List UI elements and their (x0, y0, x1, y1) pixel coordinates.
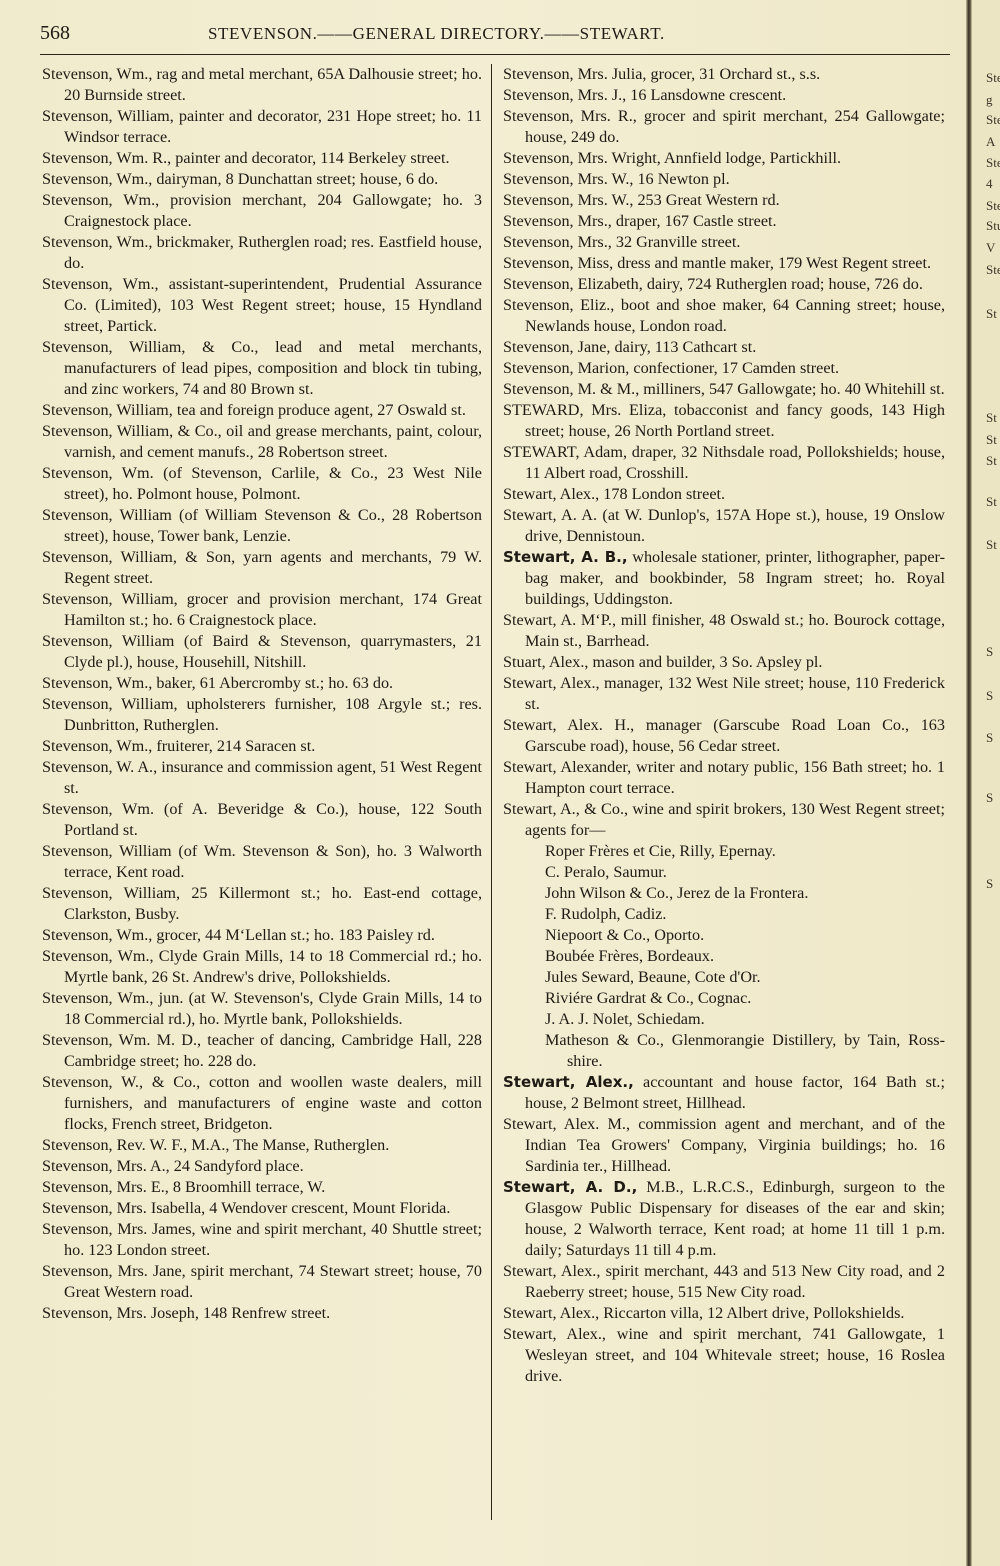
entry-text: Stevenson, William (of Wm. Stevenson & S… (42, 842, 482, 881)
entry-name-bold: Stewart, Alex., (503, 1073, 634, 1091)
directory-entry: Stewart, Alex. H., manager (Garscube Roa… (503, 715, 945, 757)
directory-entry: Stevenson, Mrs., 32 Granville street. (503, 232, 945, 253)
directory-entry: Stevenson, Mrs. Jane, spirit merchant, 7… (42, 1261, 482, 1303)
entry-text: Jules Seward, Beaune, Cote d'Or. (545, 968, 761, 986)
directory-entry: Stevenson, Wm. (of Stevenson, Carlile, &… (42, 463, 482, 505)
entry-text: Stevenson, Rev. W. F., M.A., The Manse, … (42, 1136, 389, 1154)
entry-text: Stewart, Alex., spirit merchant, 443 and… (503, 1262, 945, 1301)
entry-text: STEWART, Adam, draper, 32 Nithsdale road… (503, 443, 945, 482)
entry-text: Stuart, Alex., mason and builder, 3 So. … (503, 653, 822, 671)
adjacent-page-text-fragment: g (986, 92, 993, 108)
agency-list-item: Jules Seward, Beaune, Cote d'Or. (503, 967, 945, 988)
directory-entry: Stevenson, William (of William Stevenson… (42, 505, 482, 547)
entry-name-bold: Stewart, A. D., (503, 1178, 637, 1196)
directory-entry: Stewart, A. B., wholesale stationer, pri… (503, 547, 945, 610)
entry-text: Stevenson, Wm., Clyde Grain Mills, 14 to… (42, 947, 482, 986)
entry-text: Niepoort & Co., Oporto. (545, 926, 704, 944)
directory-page: 568 STEVENSON.——GENERAL DIRECTORY.——STEW… (0, 0, 968, 1566)
entry-text: Stevenson, Mrs. J., 16 Lansdowne crescen… (503, 86, 786, 104)
directory-entry: Stevenson, William, painter and decorato… (42, 106, 482, 148)
directory-entry: Stevenson, Mrs. A., 24 Sandyford place. (42, 1156, 482, 1177)
directory-entry: Stevenson, Mrs., draper, 167 Castle stre… (503, 211, 945, 232)
adjacent-page-edge: StegSteASte4SteStuVSteStStStStStStSSSSS (972, 0, 1000, 1566)
directory-entry: Stewart, A. A. (at W. Dunlop's, 157A Hop… (503, 505, 945, 547)
directory-entry: Stevenson, Mrs. W., 16 Newton pl. (503, 169, 945, 190)
entry-text: Stevenson, Wm. (of A. Beveridge & Co.), … (42, 800, 482, 839)
right-column: Stevenson, Mrs. Julia, grocer, 31 Orchar… (503, 64, 945, 1387)
directory-entry: Stewart, Alex. M., commission agent and … (503, 1114, 945, 1177)
adjacent-page-text-fragment: St (986, 494, 997, 510)
directory-entry: Stevenson, William (of Wm. Stevenson & S… (42, 841, 482, 883)
directory-entry: Stevenson, Wm., baker, 61 Abercromby st.… (42, 673, 482, 694)
running-head: STEVENSON.——GENERAL DIRECTORY.——STEWART. (208, 24, 665, 44)
adjacent-page-text-fragment: Ste (986, 112, 1000, 128)
entry-text: Stewart, Alexander, writer and notary pu… (503, 758, 945, 797)
agency-list-item: J. A. J. Nolet, Schiedam. (503, 1009, 945, 1030)
adjacent-page-text-fragment: V (986, 240, 995, 256)
directory-entry: Stevenson, Eliz., boot and shoe maker, 6… (503, 295, 945, 337)
entry-text: Stevenson, Marion, confectioner, 17 Camd… (503, 359, 839, 377)
entry-text: Stevenson, William, & Co., lead and meta… (42, 338, 482, 398)
entry-text: Stewart, Alex., manager, 132 West Nile s… (503, 674, 945, 713)
directory-entry: Stevenson, Elizabeth, dairy, 724 Rutherg… (503, 274, 945, 295)
entry-text: Stevenson, Elizabeth, dairy, 724 Rutherg… (503, 275, 923, 293)
entry-text: Stevenson, Mrs., 32 Granville street. (503, 233, 740, 251)
adjacent-page-text-fragment: S (986, 644, 993, 660)
entry-text: Matheson & Co., Glenmorangie Distillery,… (545, 1031, 945, 1070)
entry-text: Stevenson, Jane, dairy, 113 Cathcart st. (503, 338, 756, 356)
directory-entry: Stewart, Alex., Riccarton villa, 12 Albe… (503, 1303, 945, 1324)
entry-text: Stevenson, W., & Co., cotton and woollen… (42, 1073, 482, 1133)
adjacent-page-text-fragment: 4 (986, 176, 993, 192)
directory-entry: Stevenson, William, & Son, yarn agents a… (42, 547, 482, 589)
entry-text: Stevenson, Wm., rag and metal merchant, … (42, 65, 482, 104)
directory-entry: Stevenson, Mrs. Julia, grocer, 31 Orchar… (503, 64, 945, 85)
directory-entry: Stevenson, William, upholsterers furnish… (42, 694, 482, 736)
entry-text: Riviére Gardrat & Co., Cognac. (545, 989, 751, 1007)
agency-list-item: F. Rudolph, Cadiz. (503, 904, 945, 925)
entry-text: Stevenson, Wm., provision merchant, 204 … (42, 191, 482, 230)
entry-text: Stevenson, Wm. R., painter and decorator… (42, 149, 450, 167)
directory-entry: Stevenson, W. A., insurance and commissi… (42, 757, 482, 799)
entry-text: Stevenson, Wm., brickmaker, Rutherglen r… (42, 233, 482, 272)
adjacent-page-text-fragment: S (986, 876, 993, 892)
adjacent-page-text-fragment: St (986, 410, 997, 426)
directory-entry: STEWART, Adam, draper, 32 Nithsdale road… (503, 442, 945, 484)
entry-text: Stevenson, William, 25 Killermont st.; h… (42, 884, 482, 923)
column-divider (491, 64, 492, 1520)
directory-entry: Stevenson, Mrs. R., grocer and spirit me… (503, 106, 945, 148)
entry-text: Stevenson, William, painter and decorato… (42, 107, 482, 146)
directory-entry: Stevenson, Wm., dairyman, 8 Dunchattan s… (42, 169, 482, 190)
directory-entry: Stevenson, Mrs. Isabella, 4 Wendover cre… (42, 1198, 482, 1219)
adjacent-page-text-fragment: St (986, 306, 997, 322)
directory-entry: Stevenson, Wm., brickmaker, Rutherglen r… (42, 232, 482, 274)
directory-entry: Stevenson, Mrs. Joseph, 148 Renfrew stre… (42, 1303, 482, 1324)
directory-entry: Stevenson, Marion, confectioner, 17 Camd… (503, 358, 945, 379)
entry-text: John Wilson & Co., Jerez de la Frontera. (545, 884, 808, 902)
entry-text: Stevenson, Mrs. Julia, grocer, 31 Orchar… (503, 65, 820, 83)
entry-text: Stewart, A. M‘P., mill finisher, 48 Oswa… (503, 611, 945, 650)
directory-entry: Stewart, A., & Co., wine and spirit brok… (503, 799, 945, 841)
adjacent-page-text-fragment: A (986, 134, 995, 150)
adjacent-page-text-fragment: S (986, 688, 993, 704)
adjacent-page-text-fragment: S (986, 730, 993, 746)
entry-text: Stevenson, Wm., baker, 61 Abercromby st.… (42, 674, 393, 692)
entry-text: Stevenson, Wm., jun. (at W. Stevenson's,… (42, 989, 482, 1028)
entry-text: Stevenson, William (of Baird & Stevenson… (42, 632, 482, 671)
entry-text: Stevenson, William, upholsterers furnish… (42, 695, 482, 734)
entry-text: J. A. J. Nolet, Schiedam. (545, 1010, 705, 1028)
adjacent-page-text-fragment: Ste (986, 262, 1000, 278)
directory-entry: Stuart, Alex., mason and builder, 3 So. … (503, 652, 945, 673)
directory-entry: Stevenson, Wm. R., painter and decorator… (42, 148, 482, 169)
directory-entry: Stevenson, William, tea and foreign prod… (42, 400, 482, 421)
directory-entry: Stevenson, Wm., rag and metal merchant, … (42, 64, 482, 106)
adjacent-page-text-fragment: Ste (986, 70, 1000, 86)
adjacent-page-text-fragment: St (986, 453, 997, 469)
directory-entry: Stevenson, William, 25 Killermont st.; h… (42, 883, 482, 925)
directory-entry: Stevenson, Mrs. Wright, Annfield lodge, … (503, 148, 945, 169)
entry-text: Stevenson, Wm., assistant-superintendent… (42, 275, 482, 335)
directory-entry: Stewart, Alex., wine and spirit merchant… (503, 1324, 945, 1387)
directory-entry: Stevenson, Wm., jun. (at W. Stevenson's,… (42, 988, 482, 1030)
entry-text: Stevenson, William, grocer and provision… (42, 590, 482, 629)
agency-list-item: Niepoort & Co., Oporto. (503, 925, 945, 946)
entry-text: F. Rudolph, Cadiz. (545, 905, 666, 923)
entry-text: Stewart, Alex. H., manager (Garscube Roa… (503, 716, 945, 755)
adjacent-page-text-fragment: Ste (986, 155, 1000, 171)
entry-text: C. Peralo, Saumur. (545, 863, 667, 881)
directory-entry: Stevenson, Wm., assistant-superintendent… (42, 274, 482, 337)
directory-entry: Stevenson, William, & Co., oil and greas… (42, 421, 482, 463)
entry-text: Stevenson, William (of William Stevenson… (42, 506, 482, 545)
directory-entry: Stevenson, Wm., fruiterer, 214 Saracen s… (42, 736, 482, 757)
directory-entry: Stevenson, William, grocer and provision… (42, 589, 482, 631)
entry-text: Stevenson, Mrs. Wright, Annfield lodge, … (503, 149, 841, 167)
directory-entry: Stevenson, William (of Baird & Stevenson… (42, 631, 482, 673)
directory-entry: Stevenson, Mrs. James, wine and spirit m… (42, 1219, 482, 1261)
entry-text: Stevenson, Mrs. James, wine and spirit m… (42, 1220, 482, 1259)
adjacent-page-text-fragment: Ste (986, 198, 1000, 214)
directory-entry: Stevenson, Miss, dress and mantle maker,… (503, 253, 945, 274)
entry-text: Stewart, Alex. M., commission agent and … (503, 1115, 945, 1175)
left-column: Stevenson, Wm., rag and metal merchant, … (42, 64, 482, 1324)
directory-entry: Stevenson, W., & Co., cotton and woollen… (42, 1072, 482, 1135)
entry-text: Stewart, Alex., 178 London street. (503, 485, 725, 503)
agency-list-item: Riviére Gardrat & Co., Cognac. (503, 988, 945, 1009)
adjacent-page-text-fragment: Stu (986, 218, 1000, 234)
directory-entry: Stewart, Alex., spirit merchant, 443 and… (503, 1261, 945, 1303)
directory-entry: Stevenson, Rev. W. F., M.A., The Manse, … (42, 1135, 482, 1156)
directory-entry: STEWARD, Mrs. Eliza, tobacconist and fan… (503, 400, 945, 442)
entry-text: Stevenson, Wm. (of Stevenson, Carlile, &… (42, 464, 482, 503)
entry-text: Stewart, Alex., Riccarton villa, 12 Albe… (503, 1304, 904, 1322)
entry-text: Stevenson, William, & Son, yarn agents a… (42, 548, 482, 587)
entry-text: Roper Frères et Cie, Rilly, Epernay. (545, 842, 776, 860)
directory-entry: Stewart, A. D., M.B., L.R.C.S., Edinburg… (503, 1177, 945, 1261)
entry-text: Stevenson, William, tea and foreign prod… (42, 401, 466, 419)
entry-text: Stevenson, Wm., grocer, 44 M‘Lellan st.;… (42, 926, 435, 944)
entry-text: Stevenson, Mrs. W., 16 Newton pl. (503, 170, 730, 188)
directory-entry: Stevenson, Wm., Clyde Grain Mills, 14 to… (42, 946, 482, 988)
directory-entry: Stevenson, William, & Co., lead and meta… (42, 337, 482, 400)
directory-entry: Stewart, Alexander, writer and notary pu… (503, 757, 945, 799)
page-number: 568 (40, 22, 70, 45)
entry-text: Stevenson, M. & M., milliners, 547 Gallo… (503, 380, 945, 398)
entry-text: Stevenson, Mrs. Jane, spirit merchant, 7… (42, 1262, 482, 1301)
directory-entry: Stewart, A. M‘P., mill finisher, 48 Oswa… (503, 610, 945, 652)
entry-text: Boubée Frères, Bordeaux. (545, 947, 714, 965)
directory-entry: Stevenson, M. & M., milliners, 547 Gallo… (503, 379, 945, 400)
agency-list-item: Matheson & Co., Glenmorangie Distillery,… (503, 1030, 945, 1072)
directory-entry: Stewart, Alex., manager, 132 West Nile s… (503, 673, 945, 715)
entry-text: Stevenson, Mrs. Isabella, 4 Wendover cre… (42, 1199, 450, 1217)
entry-text: Stevenson, Miss, dress and mantle maker,… (503, 254, 931, 272)
entry-text: Stevenson, Wm., fruiterer, 214 Saracen s… (42, 737, 315, 755)
entry-text: Stevenson, Mrs. Joseph, 148 Renfrew stre… (42, 1304, 330, 1322)
directory-entry: Stevenson, Wm. M. D., teacher of dancing… (42, 1030, 482, 1072)
directory-entry: Stevenson, Mrs. J., 16 Lansdowne crescen… (503, 85, 945, 106)
entry-name-bold: Stewart, A. B., (503, 548, 628, 566)
entry-text: Stevenson, Wm. M. D., teacher of dancing… (42, 1031, 482, 1070)
adjacent-page-text-fragment: S (986, 790, 993, 806)
agency-list-item: Boubée Frères, Bordeaux. (503, 946, 945, 967)
directory-entry: Stevenson, Mrs. W., 253 Great Western rd… (503, 190, 945, 211)
adjacent-page-text-fragment: St (986, 432, 997, 448)
entry-text: Stevenson, W. A., insurance and commissi… (42, 758, 482, 797)
entry-text: Stevenson, Mrs. A., 24 Sandyford place. (42, 1157, 304, 1175)
page-header: 568 STEVENSON.——GENERAL DIRECTORY.——STEW… (40, 20, 950, 55)
directory-entry: Stevenson, Mrs. E., 8 Broomhill terrace,… (42, 1177, 482, 1198)
entry-text: Stevenson, William, & Co., oil and greas… (42, 422, 482, 461)
entry-text: Stevenson, Mrs. W., 253 Great Western rd… (503, 191, 780, 209)
directory-entry: Stevenson, Jane, dairy, 113 Cathcart st. (503, 337, 945, 358)
adjacent-page-text-fragment: St (986, 537, 997, 553)
entry-text: Stewart, A., & Co., wine and spirit brok… (503, 800, 945, 839)
directory-entry: Stewart, Alex., 178 London street. (503, 484, 945, 505)
entry-text: Stevenson, Eliz., boot and shoe maker, 6… (503, 296, 945, 335)
entry-text: Stewart, Alex., wine and spirit merchant… (503, 1325, 945, 1385)
directory-entry: Stevenson, Wm., grocer, 44 M‘Lellan st.;… (42, 925, 482, 946)
directory-entry: Stevenson, Wm., provision merchant, 204 … (42, 190, 482, 232)
entry-text: Stevenson, Mrs., draper, 167 Castle stre… (503, 212, 777, 230)
entry-text: STEWARD, Mrs. Eliza, tobacconist and fan… (503, 401, 945, 440)
directory-entry: Stevenson, Wm. (of A. Beveridge & Co.), … (42, 799, 482, 841)
agency-list-item: John Wilson & Co., Jerez de la Frontera. (503, 883, 945, 904)
entry-text: Stevenson, Mrs. E., 8 Broomhill terrace,… (42, 1178, 325, 1196)
entry-text: Stevenson, Wm., dairyman, 8 Dunchattan s… (42, 170, 438, 188)
agency-list-item: Roper Frères et Cie, Rilly, Epernay. (503, 841, 945, 862)
entry-text: Stevenson, Mrs. R., grocer and spirit me… (503, 107, 945, 146)
directory-entry: Stewart, Alex., accountant and house fac… (503, 1072, 945, 1114)
agency-list-item: C. Peralo, Saumur. (503, 862, 945, 883)
entry-text: Stewart, A. A. (at W. Dunlop's, 157A Hop… (503, 506, 945, 545)
